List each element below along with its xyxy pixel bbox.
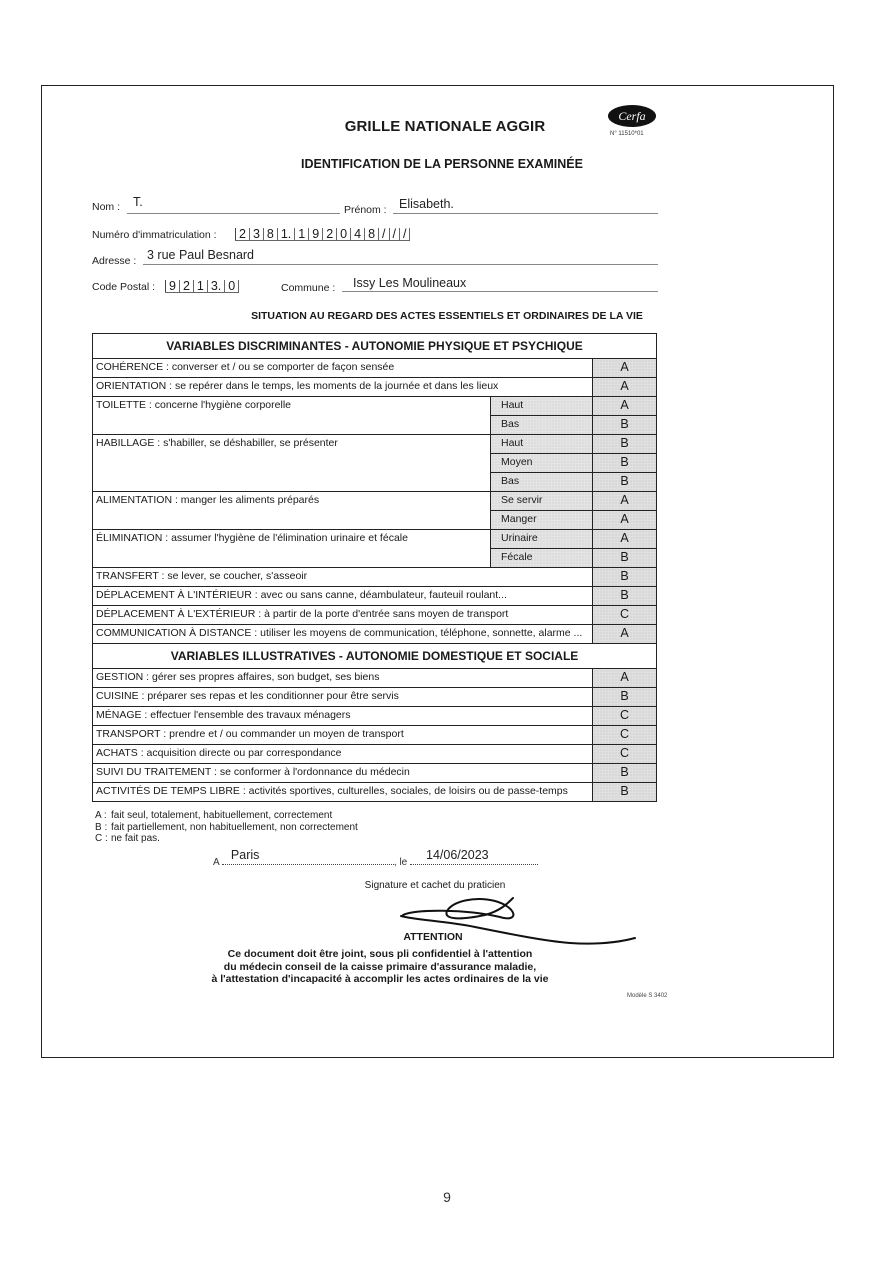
rating-cell[interactable]: B bbox=[593, 587, 657, 606]
code-postal-row: Code Postal : bbox=[92, 281, 155, 293]
adresse-label: Adresse : bbox=[92, 255, 136, 267]
nom-field[interactable]: T. bbox=[127, 201, 340, 214]
rating-cell[interactable]: A bbox=[593, 669, 657, 688]
illustratives-header: VARIABLES ILLUSTRATIVES - AUTONOMIE DOME… bbox=[93, 644, 657, 669]
table-row: COMMUNICATION À DISTANCE : utiliser les … bbox=[93, 625, 657, 644]
row-label: CUISINE : préparer ses repas et les cond… bbox=[93, 688, 593, 707]
sub-label: Se servir bbox=[491, 492, 593, 511]
place-value: Paris bbox=[231, 848, 259, 862]
rating-cell[interactable]: A bbox=[593, 378, 657, 397]
legend-item: B :fait partiellement, non habituellemen… bbox=[95, 822, 358, 834]
table-row: DÉPLACEMENT À L'EXTÉRIEUR : à partir de … bbox=[93, 606, 657, 625]
immatriculation-label: Numéro d'immatriculation : bbox=[92, 229, 217, 241]
rating-cell[interactable]: B bbox=[593, 688, 657, 707]
legend-text: ne fait pas. bbox=[111, 833, 160, 844]
digit-box: 2 bbox=[179, 280, 193, 292]
nom-row: Nom : bbox=[92, 201, 120, 213]
legend-key: C : bbox=[95, 833, 111, 845]
rating-cell[interactable]: B bbox=[593, 549, 657, 568]
commune-label: Commune : bbox=[281, 282, 335, 294]
row-label: HABILLAGE : s'habiller, se déshabiller, … bbox=[93, 435, 491, 492]
page-number: 9 bbox=[0, 1189, 894, 1205]
identification-subtitle: IDENTIFICATION DE LA PERSONNE EXAMINÉE bbox=[0, 157, 894, 171]
row-label: SUIVI DU TRAITEMENT : se conformer à l'o… bbox=[93, 764, 593, 783]
rating-cell[interactable]: C bbox=[593, 707, 657, 726]
row-label: DÉPLACEMENT À L'EXTÉRIEUR : à partir de … bbox=[93, 606, 593, 625]
row-label: ACTIVITÉS DE TEMPS LIBRE : activités spo… bbox=[93, 783, 593, 802]
row-label: ÉLIMINATION : assumer l'hygiène de l'éli… bbox=[93, 530, 491, 568]
rating-cell[interactable]: A bbox=[593, 625, 657, 644]
table-row: COHÉRENCE : converser et / ou se comport… bbox=[93, 359, 657, 378]
notice-line: à l'attestation d'incapacité à accomplir… bbox=[150, 973, 610, 986]
digit-box: 1 bbox=[193, 280, 207, 292]
rating-cell[interactable]: B bbox=[593, 435, 657, 454]
digit-box: 3 bbox=[249, 228, 263, 240]
notice-line: du médecin conseil de la caisse primaire… bbox=[150, 961, 610, 974]
rating-cell[interactable]: A bbox=[593, 359, 657, 378]
commune-value: Issy Les Moulineaux bbox=[353, 276, 466, 290]
situation-title: SITUATION AU REGARD DES ACTES ESSENTIELS… bbox=[0, 310, 894, 322]
digit-box: 2 bbox=[322, 228, 336, 240]
prenom-value: Elisabeth. bbox=[399, 197, 454, 211]
table-row: CUISINE : préparer ses repas et les cond… bbox=[93, 688, 657, 707]
attention-notice: Ce document doit être joint, sous pli co… bbox=[150, 948, 610, 986]
legend-item: A :fait seul, totalement, habituellement… bbox=[95, 810, 358, 822]
row-label: COHÉRENCE : converser et / ou se comport… bbox=[93, 359, 593, 378]
immatriculation-row: Numéro d'immatriculation : bbox=[92, 229, 217, 241]
code-postal-label: Code Postal : bbox=[92, 281, 155, 293]
digit-box: 4 bbox=[350, 228, 364, 240]
prenom-row: Prénom : bbox=[344, 204, 387, 216]
cerfa-logo: Cerfa bbox=[608, 105, 656, 127]
digit-box: 2 bbox=[235, 228, 249, 240]
immatriculation-field[interactable]: 2381.192048/// bbox=[235, 225, 410, 243]
digit-box: 9 bbox=[165, 280, 179, 292]
rating-cell[interactable]: B bbox=[593, 568, 657, 587]
digit-box: / bbox=[399, 228, 410, 240]
discriminantes-header-title: VARIABLES DISCRIMINANTES - AUTONOMIE PHY… bbox=[93, 334, 657, 359]
digit-box: / bbox=[389, 228, 399, 240]
row-label: TRANSFERT : se lever, se coucher, s'asse… bbox=[93, 568, 593, 587]
sub-label: Bas bbox=[491, 473, 593, 492]
digit-box: 8 bbox=[364, 228, 378, 240]
rating-cell[interactable]: B bbox=[593, 416, 657, 435]
table-row: TOILETTE : concerne l'hygiène corporelle… bbox=[93, 397, 657, 416]
date-prefix: , le bbox=[394, 857, 407, 868]
digit-box: 9 bbox=[308, 228, 322, 240]
row-label: TRANSPORT : prendre et / ou commander un… bbox=[93, 726, 593, 745]
place-prefix: A bbox=[213, 857, 219, 868]
digit-box: 8 bbox=[263, 228, 277, 240]
row-label: GESTION : gérer ses propres affaires, so… bbox=[93, 669, 593, 688]
legend-item: C :ne fait pas. bbox=[95, 833, 358, 845]
digit-box: 0 bbox=[224, 280, 239, 292]
row-label: MÉNAGE : effectuer l'ensemble des travau… bbox=[93, 707, 593, 726]
table-row: TRANSFERT : se lever, se coucher, s'asse… bbox=[93, 568, 657, 587]
table-row: ACTIVITÉS DE TEMPS LIBRE : activités spo… bbox=[93, 783, 657, 802]
prenom-field[interactable]: Elisabeth. bbox=[393, 200, 658, 214]
rating-cell[interactable]: B bbox=[593, 454, 657, 473]
rating-cell[interactable]: A bbox=[593, 492, 657, 511]
code-postal-digits: 9213.0 bbox=[165, 279, 239, 293]
digit-box: 1 bbox=[294, 228, 308, 240]
prenom-label: Prénom : bbox=[344, 204, 387, 216]
table-row: ORIENTATION : se repérer dans le temps, … bbox=[93, 378, 657, 397]
place-field[interactable]: Paris bbox=[222, 853, 394, 865]
rating-cell[interactable]: C bbox=[593, 745, 657, 764]
rating-cell[interactable]: A bbox=[593, 530, 657, 549]
row-label: ORIENTATION : se repérer dans le temps, … bbox=[93, 378, 593, 397]
sub-label: Fécale bbox=[491, 549, 593, 568]
table-row: ÉLIMINATION : assumer l'hygiène de l'éli… bbox=[93, 530, 657, 549]
modele-reference: Modèle S 3402 bbox=[627, 993, 667, 999]
digit-box: 3. bbox=[207, 280, 224, 292]
date-field[interactable]: 14/06/2023 bbox=[410, 853, 538, 865]
nom-value: T. bbox=[133, 195, 143, 209]
place-date-line: A Paris , le 14/06/2023 bbox=[213, 853, 543, 868]
rating-cell[interactable]: B bbox=[593, 764, 657, 783]
adresse-value: 3 rue Paul Besnard bbox=[147, 248, 254, 262]
sub-label: Haut bbox=[491, 435, 593, 454]
table-row: ACHATS : acquisition directe ou par corr… bbox=[93, 745, 657, 764]
row-label: ALIMENTATION : manger les aliments prépa… bbox=[93, 492, 491, 530]
adresse-row: Adresse : bbox=[92, 255, 136, 267]
rating-cell[interactable]: A bbox=[593, 511, 657, 530]
rating-cell[interactable]: A bbox=[593, 397, 657, 416]
sub-label: Manger bbox=[491, 511, 593, 530]
adresse-field[interactable]: 3 rue Paul Besnard bbox=[143, 250, 658, 265]
sub-label: Urinaire bbox=[491, 530, 593, 549]
sub-label: Haut bbox=[491, 397, 593, 416]
nom-label: Nom : bbox=[92, 201, 120, 213]
aggir-grid: VARIABLES DISCRIMINANTES - AUTONOMIE PHY… bbox=[92, 333, 657, 802]
legend-key: B : bbox=[95, 822, 111, 834]
table-row: MÉNAGE : effectuer l'ensemble des travau… bbox=[93, 707, 657, 726]
row-label: TOILETTE : concerne l'hygiène corporelle bbox=[93, 397, 491, 435]
commune-row: Commune : bbox=[281, 282, 335, 294]
table-row: DÉPLACEMENT À L'INTÉRIEUR : avec ou sans… bbox=[93, 587, 657, 606]
row-label: COMMUNICATION À DISTANCE : utiliser les … bbox=[93, 625, 593, 644]
table-row: ALIMENTATION : manger les aliments prépa… bbox=[93, 492, 657, 511]
rating-cell[interactable]: B bbox=[593, 783, 657, 802]
rating-cell[interactable]: B bbox=[593, 473, 657, 492]
form-title: GRILLE NATIONALE AGGIR bbox=[0, 118, 894, 135]
digit-box: 0 bbox=[336, 228, 350, 240]
commune-field[interactable]: Issy Les Moulineaux bbox=[342, 277, 658, 292]
sub-label: Bas bbox=[491, 416, 593, 435]
row-label: DÉPLACEMENT À L'INTÉRIEUR : avec ou sans… bbox=[93, 587, 593, 606]
date-value: 14/06/2023 bbox=[426, 848, 489, 862]
legend-key: A : bbox=[95, 810, 111, 822]
legend: A :fait seul, totalement, habituellement… bbox=[95, 810, 358, 845]
legend-text: fait seul, totalement, habituellement, c… bbox=[111, 810, 332, 821]
sub-label: Moyen bbox=[491, 454, 593, 473]
rating-cell[interactable]: C bbox=[593, 726, 657, 745]
form-number: N° 11510*01 bbox=[610, 131, 644, 137]
notice-line: Ce document doit être joint, sous pli co… bbox=[150, 948, 610, 961]
digit-box: 1. bbox=[277, 228, 294, 240]
table-row: TRANSPORT : prendre et / ou commander un… bbox=[93, 726, 657, 745]
table-row: HABILLAGE : s'habiller, se déshabiller, … bbox=[93, 435, 657, 454]
illustratives-header-title: VARIABLES ILLUSTRATIVES - AUTONOMIE DOME… bbox=[93, 644, 657, 669]
table-row: GESTION : gérer ses propres affaires, so… bbox=[93, 669, 657, 688]
digit-box: / bbox=[378, 228, 388, 240]
rating-cell[interactable]: C bbox=[593, 606, 657, 625]
discriminantes-header: VARIABLES DISCRIMINANTES - AUTONOMIE PHY… bbox=[93, 334, 657, 359]
attention-title: ATTENTION bbox=[0, 931, 894, 943]
immatriculation-digits: 2381.192048/// bbox=[235, 227, 410, 241]
row-label: ACHATS : acquisition directe ou par corr… bbox=[93, 745, 593, 764]
table-row: SUIVI DU TRAITEMENT : se conformer à l'o… bbox=[93, 764, 657, 783]
legend-text: fait partiellement, non habituellement, … bbox=[111, 822, 358, 833]
code-postal-field[interactable]: 9213.0 bbox=[165, 277, 239, 295]
signature-label: Signature et cachet du praticien bbox=[0, 880, 894, 891]
